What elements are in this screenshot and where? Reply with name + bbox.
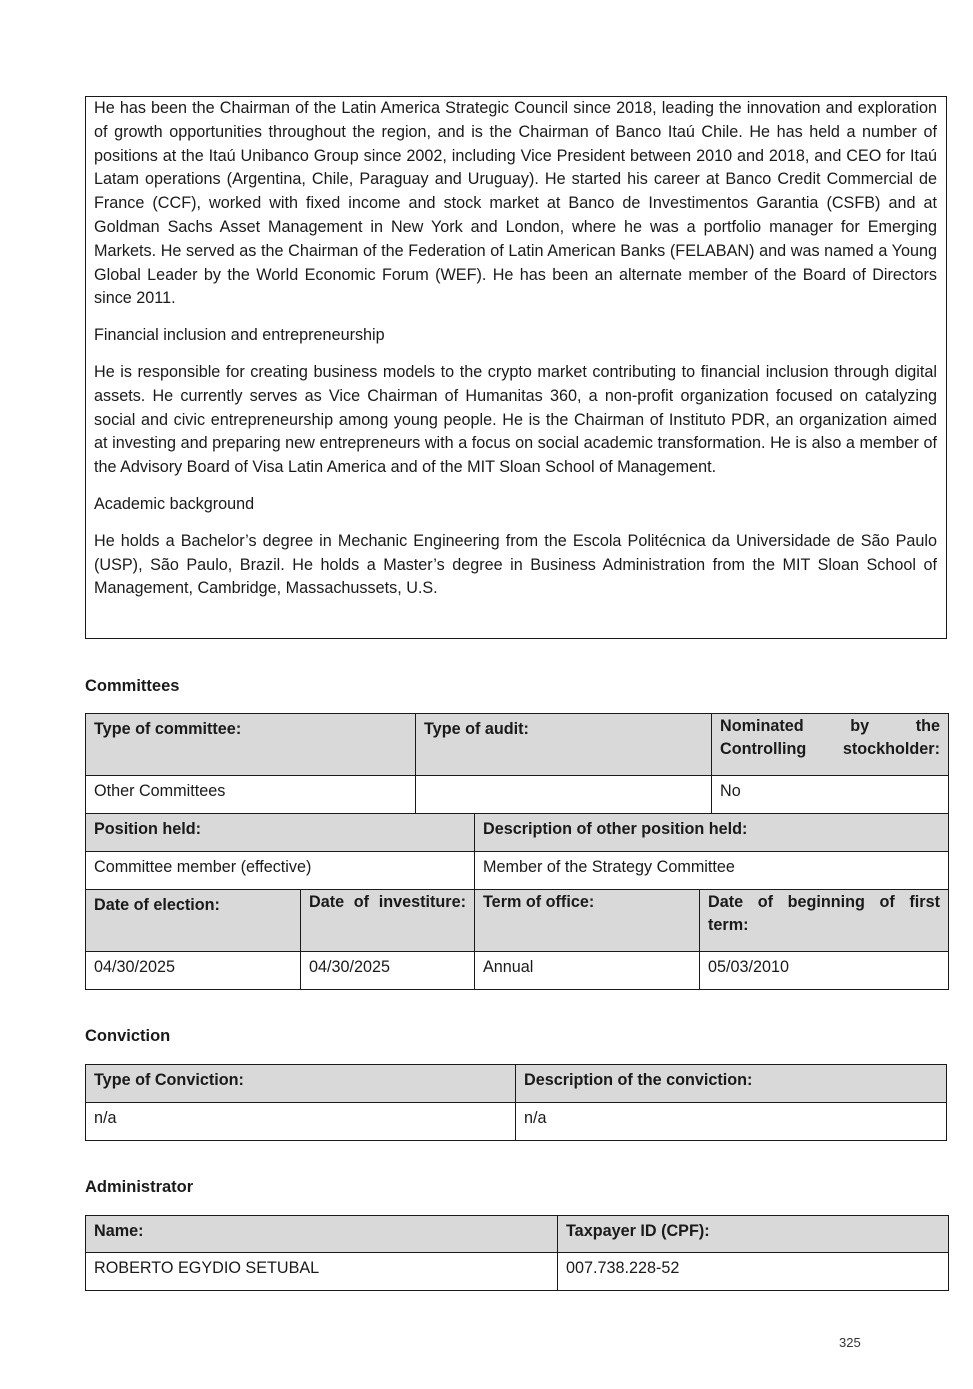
header-date-of-investiture: Date of investiture:	[301, 890, 475, 952]
header-taxpayer-id: Taxpayer ID (CPF):	[558, 1216, 949, 1253]
value-name: ROBERTO EGYDIO SETUBAL	[86, 1253, 558, 1291]
header-type-of-committee: Type of committee:	[86, 714, 416, 776]
page-number: 325	[839, 1335, 861, 1350]
value-date-beginning-first-term: 05/03/2010	[700, 952, 949, 990]
value-taxpayer-id: 007.738.228-52	[558, 1253, 949, 1291]
value-type-of-conviction: n/a	[86, 1103, 516, 1141]
header-name: Name:	[86, 1216, 558, 1253]
header-description-other-position: Description of other position held:	[475, 814, 949, 852]
conviction-title: Conviction	[85, 1027, 170, 1046]
committees-table-row1: Type of committee: Type of audit: Nomina…	[85, 713, 949, 814]
value-type-of-committee: Other Committees	[86, 776, 416, 814]
header-description-of-conviction: Description of the conviction:	[516, 1065, 947, 1103]
header-type-of-audit: Type of audit:	[416, 714, 712, 776]
committees-table-row2: Position held: Description of other posi…	[85, 813, 949, 890]
value-position-held: Committee member (effective)	[86, 852, 475, 890]
administrator-table: Name: Taxpayer ID (CPF): ROBERTO EGYDIO …	[85, 1215, 949, 1291]
administrator-title: Administrator	[85, 1178, 193, 1197]
value-description-other-position: Member of the Strategy Committee	[475, 852, 949, 890]
bio-paragraph-financial-inclusion: He is responsible for creating business …	[94, 361, 937, 480]
header-term-of-office: Term of office:	[475, 890, 700, 952]
committees-table-row3: Date of election: Date of investiture: T…	[85, 889, 949, 990]
bio-subheading-academic: Academic background	[94, 493, 937, 517]
header-position-held: Position held:	[86, 814, 475, 852]
bio-paragraph-career: He has been the Chairman of the Latin Am…	[94, 97, 937, 311]
value-date-of-investiture: 04/30/2025	[301, 952, 475, 990]
value-nominated-by-controlling: No	[712, 776, 949, 814]
biography-box: He has been the Chairman of the Latin Am…	[85, 96, 947, 639]
header-date-beginning-first-term: Date of beginning of first term:	[700, 890, 949, 952]
value-term-of-office: Annual	[475, 952, 700, 990]
value-type-of-audit	[416, 776, 712, 814]
value-description-of-conviction: n/a	[516, 1103, 947, 1141]
header-nominated-by-controlling: Nominated by the Controlling stockholder…	[712, 714, 949, 776]
bio-paragraph-academic: He holds a Bachelor’s degree in Mechanic…	[94, 530, 937, 601]
committees-title: Committees	[85, 677, 179, 696]
conviction-table: Type of Conviction: Description of the c…	[85, 1064, 947, 1141]
value-date-of-election: 04/30/2025	[86, 952, 301, 990]
header-date-of-election: Date of election:	[86, 890, 301, 952]
bio-subheading-financial-inclusion: Financial inclusion and entrepreneurship	[94, 324, 937, 348]
header-type-of-conviction: Type of Conviction:	[86, 1065, 516, 1103]
